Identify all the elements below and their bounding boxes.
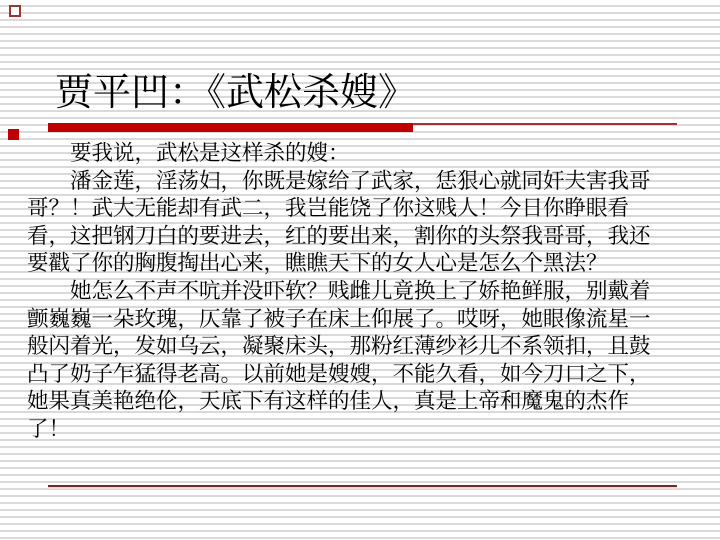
body-line: 她怎么不声不吭并没吓软？贱雌儿竟换上了娇艳鲜服，别戴着 [27, 278, 687, 306]
title-underline-bar [48, 123, 413, 132]
slide-canvas: { "slide": { "title": "贾平凹：《武松杀嫂》", "bod… [0, 0, 720, 540]
corner-square-decoration [9, 5, 21, 17]
body-line: 要戳了你的胸腹掏出心来，瞧瞧天下的女人心是怎么个黑法？ [27, 250, 687, 278]
footer-divider-line [48, 485, 677, 489]
body-text: 要我说，武松是这样杀的嫂： 潘金莲，淫荡妇，你既是嫁给了武家，恁狠心就同奸夫害我… [27, 140, 687, 444]
accent-square-decoration [8, 129, 19, 140]
body-line: 看，这把钢刀白的要进去，红的要出来，割你的头祭我哥哥，我还 [27, 223, 687, 251]
body-line: 要我说，武松是这样杀的嫂： [27, 140, 687, 168]
body-line: 了！ [27, 416, 687, 444]
body-line: 凸了奶子乍猛得老高。以前她是嫂嫂，不能久看，如今刀口之下， [27, 361, 687, 389]
body-line: 般闪着光，发如乌云，凝聚床头，那粉红薄纱衫儿不系领扣，且鼓 [27, 333, 687, 361]
body-line: 哥？！武大无能却有武二，我岂能饶了你这贱人！今日你睁眼看 [27, 195, 687, 223]
body-line: 她果真美艳绝伦，天底下有这样的佳人，真是上帝和魔鬼的杰作 [27, 388, 687, 416]
slide-title: 贾平凹：《武松杀嫂》 [55, 70, 416, 116]
body-line: 潘金莲，淫荡妇，你既是嫁给了武家，恁狠心就同奸夫害我哥 [27, 168, 687, 196]
title-underline-extension [413, 123, 677, 125]
body-line: 颤巍巍一朵玫瑰，仄靠了被子在床上仰展了。哎呀，她眼像流星一 [27, 306, 687, 334]
